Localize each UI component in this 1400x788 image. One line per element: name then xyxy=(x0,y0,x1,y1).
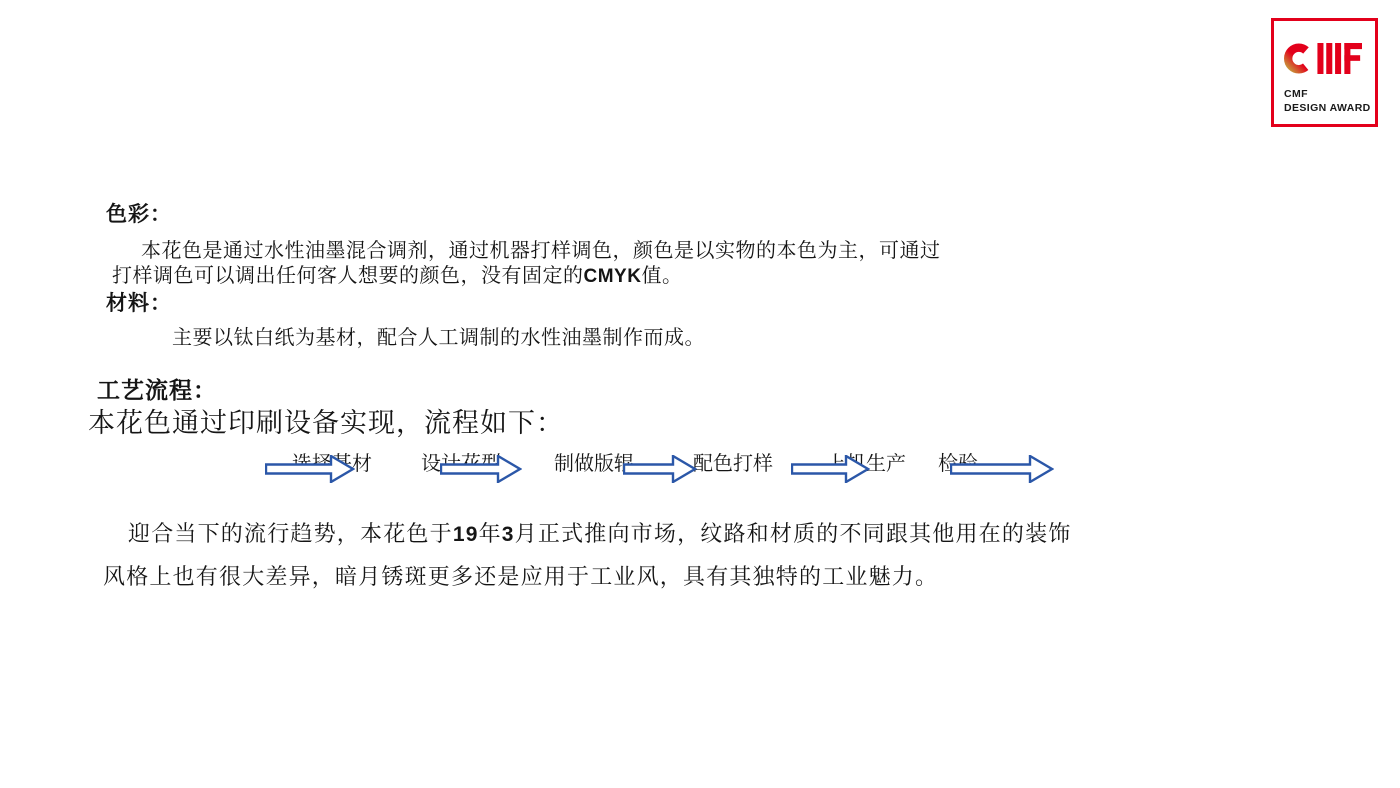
material-section-heading: 材料： xyxy=(106,293,172,314)
flow-arrow-4-icon xyxy=(791,455,870,483)
logo-caption-cmf: CMF xyxy=(1284,89,1308,100)
closing-line1: 迎合当下的流行趋势，本花色于19年3月正式推向市场，纹路和材质的不同跟其他用在的… xyxy=(128,523,1071,545)
closing-line2: 风格上也有很大差异，暗月锈斑更多还是应用于工业风，具有其独特的工业魅力。 xyxy=(103,566,938,588)
slide-page: CMF DESIGN AWARD 色彩： 本花色是通过水性油墨混合调剂，通过机器… xyxy=(0,0,1400,788)
closing-month-bold: 3 xyxy=(502,523,515,546)
cmf-award-logo: CMF DESIGN AWARD xyxy=(1271,18,1378,127)
color-section-line1: 本花色是通过水性油墨混合调剂，通过机器打样调色，颜色是以实物的本色为主，可通过 xyxy=(141,241,941,261)
cmf-logo-icon xyxy=(1284,43,1362,74)
flow-step-4-label: 配色打样 xyxy=(693,454,773,474)
color-section-heading: 色彩： xyxy=(106,204,172,225)
color-section-line2: 打样调色可以调出任何客人想要的颜色，没有固定的CMYK值。 xyxy=(112,266,682,286)
flow-arrow-1-icon xyxy=(265,455,355,483)
process-intro-text: 本花色通过印刷设备实现，流程如下： xyxy=(88,410,564,437)
flow-arrow-2-icon xyxy=(440,455,522,483)
process-section-heading: 工艺流程： xyxy=(97,379,217,402)
material-section-body: 主要以钛白纸为基材，配合人工调制的水性油墨制作而成。 xyxy=(172,328,705,348)
closing-year-bold: 19 xyxy=(453,523,479,546)
closing-line1-pre: 迎合当下的流行趋势，本花色于 xyxy=(128,521,453,546)
color-line2-pre: 打样调色可以调出任何客人想要的颜色，没有固定的 xyxy=(112,265,584,287)
flow-arrow-5-icon xyxy=(950,455,1054,483)
closing-line1-mid1: 年 xyxy=(479,521,502,546)
cmyk-bold-text: CMYK xyxy=(584,266,642,287)
flow-step-3-label: 制做版辊 xyxy=(554,454,634,474)
color-line2-post: 值。 xyxy=(641,265,682,287)
logo-caption-design-award: DESIGN AWARD xyxy=(1284,103,1371,114)
closing-line1-mid2: 月正式推向市场，纹路和材质的不同跟其他用在的装饰 xyxy=(515,521,1072,546)
flow-arrow-3-icon xyxy=(623,455,697,483)
